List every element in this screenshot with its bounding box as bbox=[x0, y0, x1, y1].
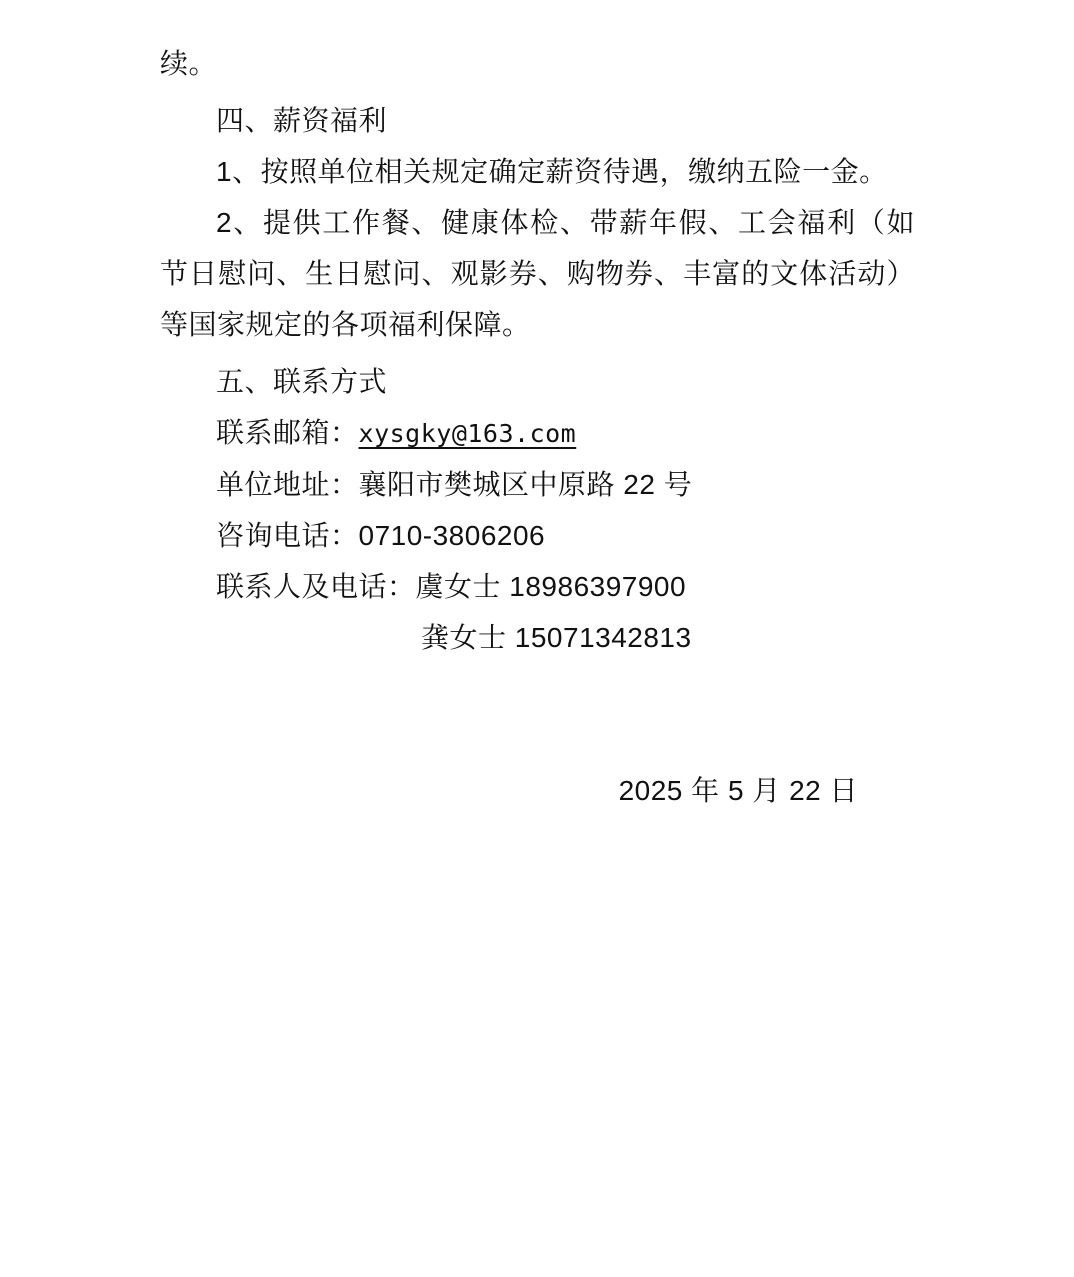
contact-email-label: 联系邮箱： bbox=[216, 417, 359, 448]
section-salary-heading: 四、薪资福利 bbox=[160, 95, 915, 146]
section-salary-item-1: 1、按照单位相关规定确定薪资待遇，缴纳五险一金。 bbox=[160, 146, 915, 197]
contact-address-line: 单位地址：襄阳市樊城区中原路 22 号 bbox=[160, 459, 915, 510]
section-contact-heading: 五、联系方式 bbox=[160, 356, 915, 407]
contact-email-link[interactable]: xysgky@163.com bbox=[359, 419, 577, 448]
contact-person-2: 龚女士 15071342813 bbox=[160, 612, 915, 663]
document-page: 续。 四、薪资福利 1、按照单位相关规定确定薪资待遇，缴纳五险一金。 2、提供工… bbox=[0, 0, 1074, 1277]
document-date: 2025 年 5 月 22 日 bbox=[160, 765, 915, 816]
contact-person-1: 联系人及电话：虞女士 18986397900 bbox=[160, 561, 915, 612]
contact-email-line: 联系邮箱：xysgky@163.com bbox=[160, 407, 915, 459]
section-salary-item-2: 2、提供工作餐、健康体检、带薪年假、工会福利（如节日慰问、生日慰问、观影券、购物… bbox=[160, 197, 915, 350]
contact-phone-line: 咨询电话：0710-3806206 bbox=[160, 510, 915, 561]
continuation-text: 续。 bbox=[160, 38, 915, 89]
